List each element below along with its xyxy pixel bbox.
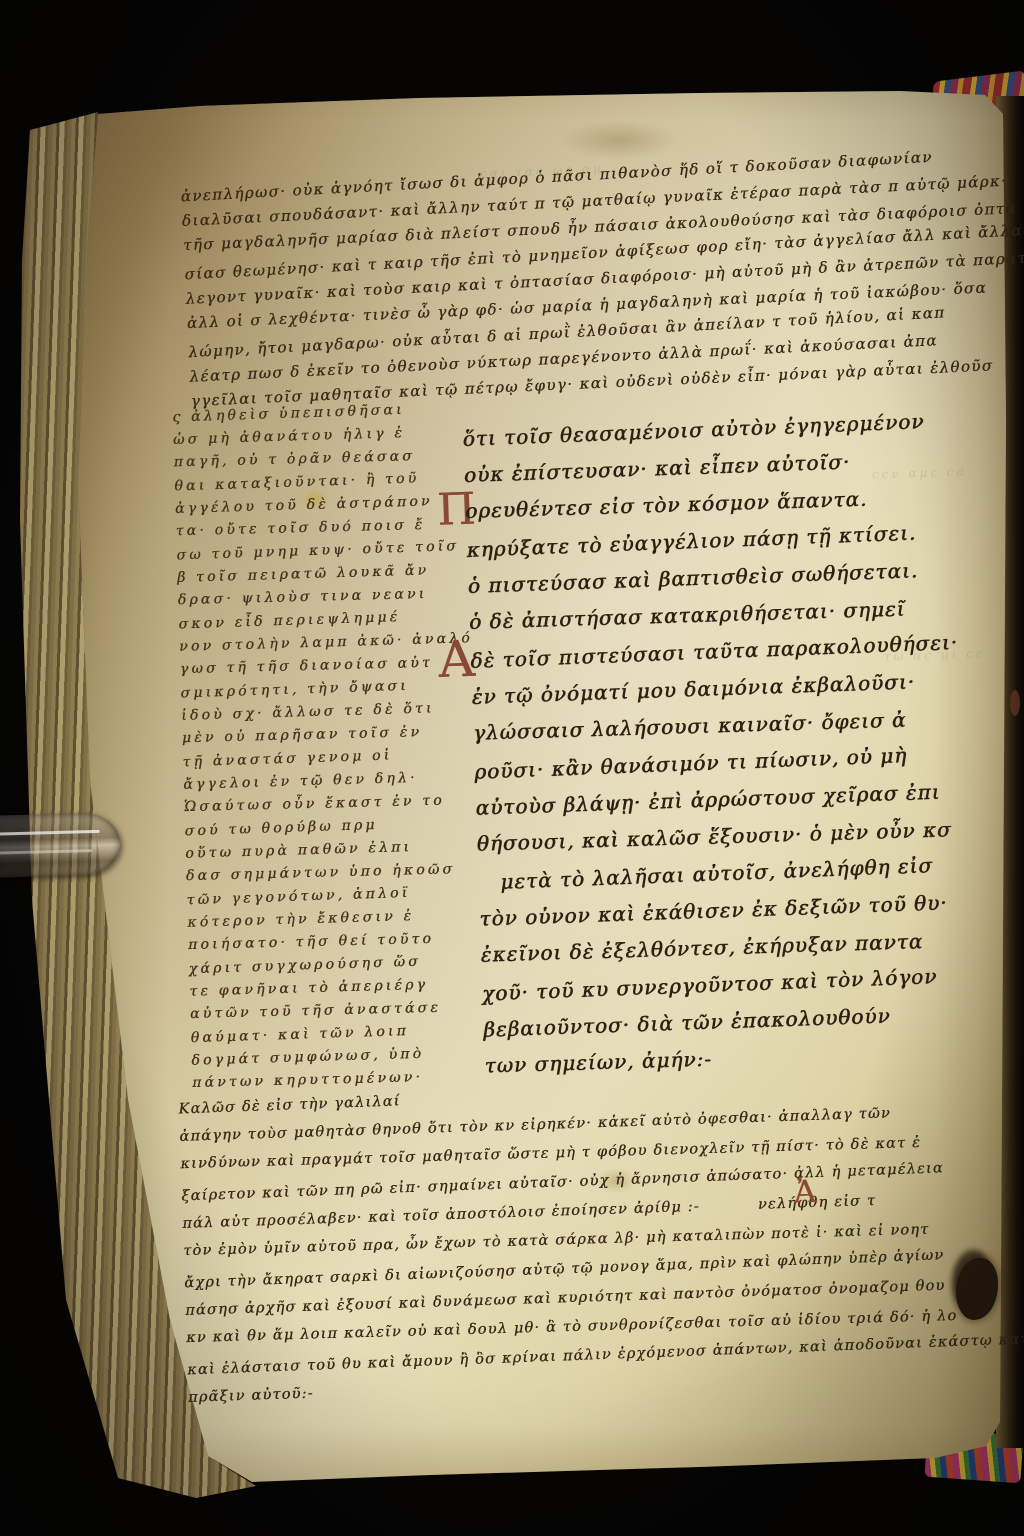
manuscript-photo: { "scene": { "description": "Photograph … bbox=[0, 0, 1024, 1536]
bottom-lines: Καλῶσ δὲ εἰσ τὴν γαλιλαίἀπάγην τοὺσ μαθη… bbox=[178, 1068, 980, 1413]
clip-highlight bbox=[0, 830, 100, 835]
clip-highlight bbox=[0, 849, 92, 854]
bottom-commentary-block: Ἀ Καλῶσ δὲ εἰσ τὴν γαλιλαίἀπάγην τοὺσ μα… bbox=[178, 1068, 980, 1413]
parchment-stain bbox=[560, 120, 680, 160]
fore-edge-smudge bbox=[1010, 690, 1020, 716]
gospel-text-column: Π Α ὅτι τοῖσ θεασαμένοισ αὐτὸν ἐγηγερμέν… bbox=[462, 403, 969, 1085]
top-commentary-block: ἀνεπλήρωσ· οὐκ ἀγνόητ ἴσωσ δι ἀμφορ ὁ πᾶ… bbox=[180, 144, 959, 415]
page-holder-clip bbox=[0, 812, 121, 877]
gospel-lines: ὅτι τοῖσ θεασαμένοισ αὐτὸν ἐγηγερμένονοὐ… bbox=[462, 403, 969, 1085]
